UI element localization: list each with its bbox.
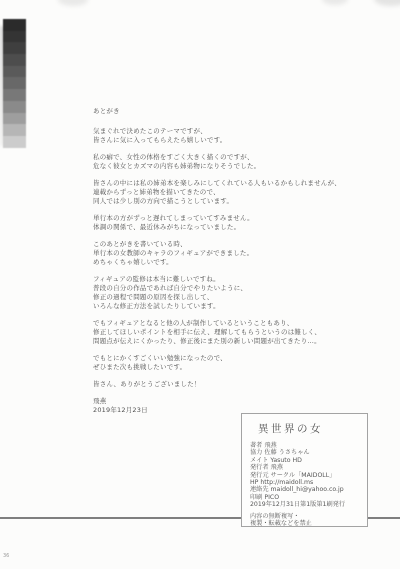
text-line: 問題点が伝えにくかったり、修正後にまた別の新しい問題が出てきたり…。 bbox=[93, 337, 343, 346]
grayscale-step bbox=[3, 101, 26, 113]
book-title: 異世界の女 bbox=[258, 421, 367, 436]
paragraph: でもフィギュアとなると他の人が制作しているということもあり、修正してほしいポイン… bbox=[93, 319, 343, 346]
paragraph: 皆さんの中には私の姉弟本を楽しみにしてくれている人もいるかもしれませんが、連載か… bbox=[93, 179, 343, 206]
text-line: 皆さんに気に入ってもらえたら嬉しいです。 bbox=[93, 136, 343, 145]
text-line: 修正の過程で問題の原因を探し出して、 bbox=[93, 293, 343, 302]
grayscale-step bbox=[3, 19, 26, 31]
notice-line: 内容の無断複写・ bbox=[250, 513, 367, 520]
text-line: 私の癖で、女性の体格をすごく大きく描くのですが、 bbox=[93, 153, 343, 162]
colophon-line: 発行元 サークル「MAIDOLL」 bbox=[250, 472, 367, 479]
scan-smudge bbox=[58, 0, 88, 6]
grayscale-step bbox=[3, 66, 26, 78]
text-line: 連載からずっと姉弟物を描いてきたので、 bbox=[93, 188, 343, 197]
paragraph: このあとがきを書いている時、単行本の女教師のキャラのフィギュアができました。めち… bbox=[93, 240, 343, 267]
text-line: 体調の関係で、最近休みがちになっていました。 bbox=[93, 223, 343, 232]
grayscale-step bbox=[3, 54, 26, 66]
text-line: でもとにかくすごくいい勉強になったので、 bbox=[93, 354, 343, 363]
text-line: 単行本の方がずっと遅れてしまっていてすみません。 bbox=[93, 214, 343, 223]
copyright-notice: 内容の無断複写・複製・転載などを禁止 bbox=[250, 513, 367, 528]
text-line: 同人では少し別の方向で描こうとしています。 bbox=[93, 197, 343, 206]
grayscale-step bbox=[3, 113, 26, 125]
text-line: めちゃくちゃ嬉しいです。 bbox=[93, 258, 343, 267]
paragraph: フィギュアの監修は本当に難しいですね。普段の自分の作品であれば自分でやりたいよう… bbox=[93, 275, 343, 311]
colophon-info-lines: 著者 飛燕協力 佐藤 うさちゃんメイト Yasuto HD発行者 飛燕発行元 サ… bbox=[250, 442, 367, 509]
text-line: でもフィギュアとなると他の人が制作しているということもあり、 bbox=[93, 319, 343, 328]
colophon-line: 連絡先 maidoll_hi@yahoo.co.jp bbox=[250, 486, 367, 493]
page-number: 36 bbox=[3, 553, 9, 559]
text-line: 気まぐれで決めたこのテーマですが、 bbox=[93, 127, 343, 136]
scan-smudge bbox=[322, 0, 348, 5]
thanks-line: 皆さん、ありがとうございました！ bbox=[93, 380, 343, 389]
text-line: 修正してほしいポイントを相手に伝え、理解してもらうというのは難しく、 bbox=[93, 328, 343, 337]
colophon-line: 2019年12月31日第1版第1刷発行 bbox=[250, 501, 367, 508]
grayscale-calibration-strip bbox=[3, 19, 26, 148]
colophon-line: 協力 佐藤 うさちゃん bbox=[250, 449, 367, 456]
afterword-text-block: あとがき 気まぐれで決めたこのテーマですが、皆さんに気に入ってもらえたら嬉しいで… bbox=[93, 107, 343, 415]
text-line: 危なく彼女とカズマの内容も姉弟物になりそうでした。 bbox=[93, 162, 343, 171]
text-line: このあとがきを書いている時、 bbox=[93, 240, 343, 249]
paragraph: でもとにかくすごくいい勉強になったので、ぜひまた次も挑戦したいです。 bbox=[93, 354, 343, 372]
text-line: フィギュアの監修は本当に難しいですね。 bbox=[93, 275, 343, 284]
scanned-afterword-page: あとがき 気まぐれで決めたこのテーマですが、皆さんに気に入ってもらえたら嬉しいで… bbox=[0, 0, 400, 569]
afterword-heading: あとがき bbox=[93, 107, 343, 116]
paragraph: 気まぐれで決めたこのテーマですが、皆さんに気に入ってもらえたら嬉しいです。 bbox=[93, 127, 343, 145]
notice-line: 複製・転載などを禁止 bbox=[250, 520, 367, 527]
text-line: 皆さんの中には私の姉弟本を楽しみにしてくれている人もいるかもしれませんが、 bbox=[93, 179, 343, 188]
text-line: 単行本の女教師のキャラのフィギュアができました。 bbox=[93, 249, 343, 258]
grayscale-step bbox=[3, 31, 26, 43]
paragraph: 単行本の方がずっと遅れてしまっていてすみません。体調の関係で、最近休みがちになっ… bbox=[93, 214, 343, 232]
paragraph: 私の癖で、女性の体格をすごく大きく描くのですが、危なく彼女とカズマの内容も姉弟物… bbox=[93, 153, 343, 171]
grayscale-step bbox=[3, 77, 26, 89]
grayscale-step bbox=[3, 136, 26, 148]
text-line: いろんな修正方法を試したりしています。 bbox=[93, 302, 343, 311]
colophon-box: 異世界の女 著者 飛燕協力 佐藤 うさちゃんメイト Yasuto HD発行者 飛… bbox=[241, 413, 368, 527]
text-line: ぜひまた次も挑戦したいです。 bbox=[93, 363, 343, 372]
colophon-line: 発行者 飛燕 bbox=[250, 464, 367, 471]
grayscale-step bbox=[3, 42, 26, 54]
scan-smudge bbox=[374, 0, 400, 6]
text-line: 普段の自分の作品であれば自分でやりたいように、 bbox=[93, 284, 343, 293]
grayscale-step bbox=[3, 89, 26, 101]
afterword-paragraphs: 気まぐれで決めたこのテーマですが、皆さんに気に入ってもらえたら嬉しいです。私の癖… bbox=[93, 127, 343, 372]
author-signature: 飛燕 bbox=[93, 397, 343, 406]
grayscale-step bbox=[3, 124, 26, 136]
